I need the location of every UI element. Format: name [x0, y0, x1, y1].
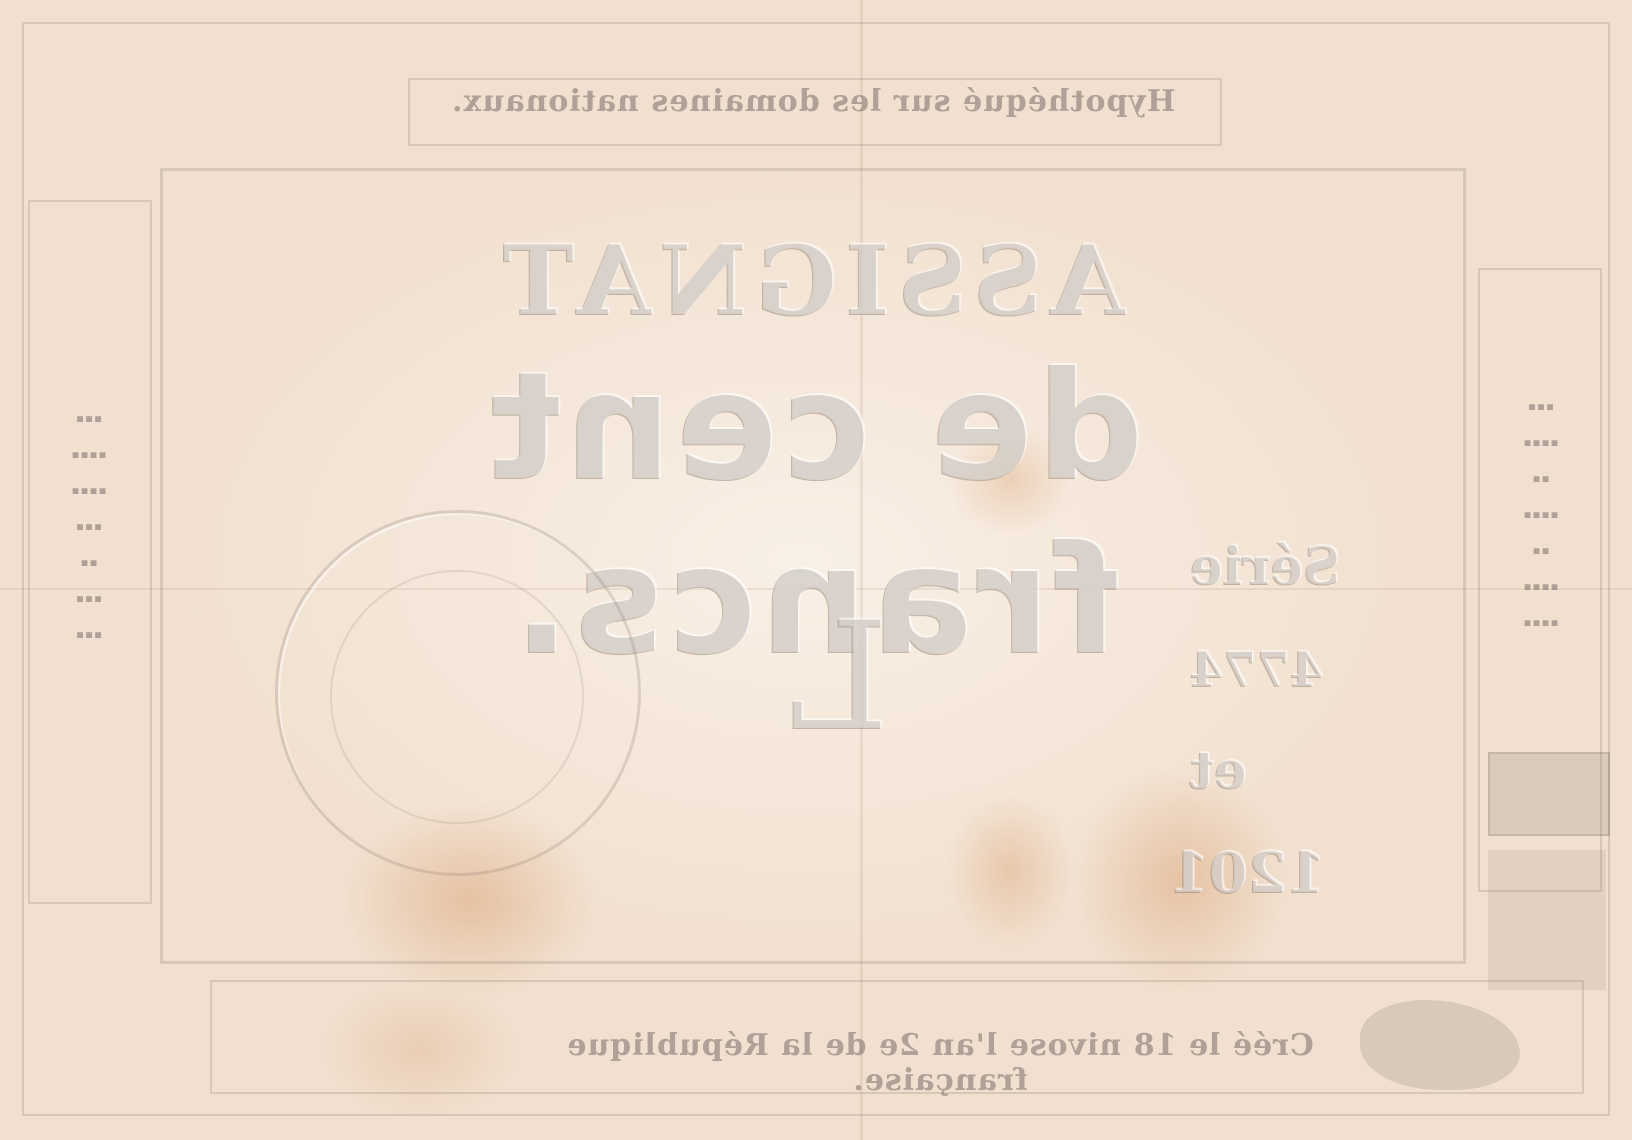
serie-label: Série — [1190, 536, 1341, 597]
seal-inner-ring — [330, 570, 584, 824]
top-banner-text: Hypothéqué sur les domaines nationaux. — [408, 84, 1218, 119]
right-side-text: ▪▪▪▪▪▪▪▪▪▪▪▪▪▪▪▪▪▪▪▪▪▪▪ — [1486, 388, 1596, 640]
title-assignat: ASSIGNAT — [480, 224, 1140, 337]
second-number: 1201 — [1170, 840, 1326, 906]
bottom-creation-line: Créé le 18 nivose l'an 2e de la Républiq… — [560, 1028, 1320, 1098]
corner-ornament-lower — [1488, 850, 1606, 990]
corner-ornament-icon — [1488, 752, 1610, 836]
left-side-text: ▪▪▪▪▪▪▪▪▪▪▪▪▪▪▪▪▪▪▪▪▪▪ — [34, 400, 144, 652]
banknote-reverse: Hypothéqué sur les domaines nationaux. A… — [0, 0, 1632, 1140]
et-label: et — [1190, 740, 1247, 801]
watermark-letter: L — [790, 590, 890, 764]
serie-number: 4774 — [1190, 642, 1324, 698]
